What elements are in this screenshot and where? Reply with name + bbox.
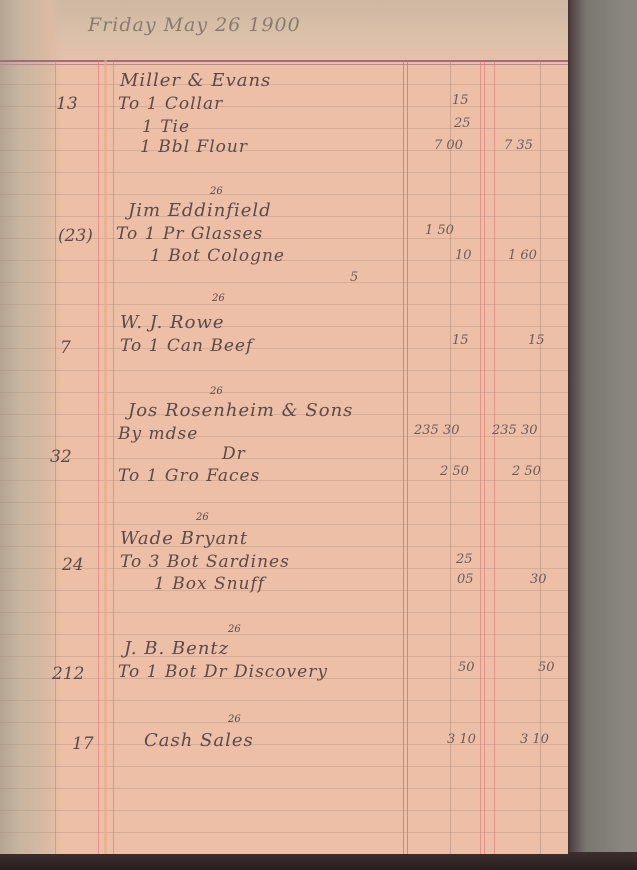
entry-amount: 25: [454, 116, 471, 131]
entry-superscript: 26: [212, 293, 225, 304]
ruled-line: [0, 480, 568, 481]
ruled-line: [0, 282, 568, 283]
ruled-line: [0, 546, 568, 547]
entry-amount: 15: [452, 333, 469, 348]
entry-amount: 25: [456, 552, 473, 567]
entry-superscript: 26: [228, 624, 241, 635]
entry-name: Miller & Evans: [120, 70, 271, 91]
entry-superscript: 26: [228, 714, 241, 725]
book-cover-edge: [566, 0, 637, 870]
entry-ref: 17: [72, 734, 94, 754]
entry-line: To 1 Can Beef: [120, 336, 253, 356]
ruled-line: [0, 172, 568, 173]
entry-amount: 05: [457, 572, 474, 587]
ruled-line: [0, 524, 568, 525]
ruled-line: [0, 370, 568, 371]
ruled-line: [0, 392, 568, 393]
entry-line: Dr: [222, 444, 246, 464]
entry-name: J. B. Bentz: [124, 638, 229, 659]
total-column-line-3: [494, 60, 495, 854]
entry-total: 7 35: [504, 138, 533, 153]
entry-superscript: 26: [210, 186, 223, 197]
ruled-line: [0, 304, 568, 305]
ruled-line: [0, 612, 568, 613]
entry-total: 15: [528, 333, 545, 348]
date-column-band: [104, 60, 107, 854]
entry-amount: 15: [452, 93, 469, 108]
entry-total: 1 60: [508, 248, 537, 263]
ruled-line: [0, 84, 568, 85]
entry-line: 1 Tie: [142, 117, 190, 137]
entry-amount: 2 50: [440, 464, 469, 479]
ruled-line: [0, 590, 568, 591]
entry-total: 50: [538, 660, 555, 675]
entry-ref: 13: [56, 94, 78, 114]
entry-ref: (23): [58, 226, 93, 246]
entry-name: Cash Sales: [144, 730, 254, 751]
entry-amount: 10: [455, 248, 472, 263]
entry-line: 1 Bot Cologne: [150, 246, 285, 266]
ruled-line: [0, 634, 568, 635]
book-bottom-edge: [0, 852, 637, 870]
ruled-line: [0, 106, 568, 107]
entry-ref: 7: [60, 338, 71, 358]
entry-line: By mdse: [118, 424, 198, 444]
page-date-header: Friday May 26 1900: [88, 14, 301, 36]
entry-name: Jos Rosenheim & Sons: [128, 400, 353, 421]
entry-line: To 1 Bot Dr Discovery: [118, 662, 328, 682]
total-column-line-1: [480, 60, 481, 854]
header-rule-secondary: [0, 64, 568, 65]
entry-amount: 235 30: [414, 423, 460, 438]
ledger-page: Friday May 26 1900 Miller & Evans 13 To …: [0, 0, 568, 854]
header-rule: [0, 60, 568, 62]
entry-amount: 50: [458, 660, 475, 675]
entry-name: Wade Bryant: [120, 528, 248, 549]
entry-ref: 32: [50, 447, 72, 467]
entry-note: 5: [350, 270, 358, 285]
entry-total: 2 50: [512, 464, 541, 479]
entry-line: To 1 Pr Glasses: [116, 224, 263, 244]
entry-name: Jim Eddinfield: [128, 200, 272, 221]
entry-amount: 1 50: [425, 223, 454, 238]
ruled-line: [0, 722, 568, 723]
ruled-line: [0, 326, 568, 327]
ruled-line: [0, 810, 568, 811]
description-left-line: [113, 60, 114, 854]
entry-total: 30: [530, 572, 547, 587]
ruled-line: [0, 128, 568, 129]
entry-amount: 7 00: [434, 138, 463, 153]
entry-line: To 1 Collar: [118, 94, 223, 114]
entry-line: To 3 Bot Sardines: [120, 552, 290, 572]
amount-column-line-1: [403, 60, 404, 854]
ruled-line: [0, 436, 568, 437]
entry-name: W. J. Rowe: [120, 312, 225, 333]
entry-ref: 212: [52, 664, 84, 684]
ruled-line: [0, 502, 568, 503]
ruled-line: [0, 766, 568, 767]
entry-total: 235 30: [492, 423, 538, 438]
entry-total: 3 10: [520, 732, 549, 747]
total-column-line-2: [484, 60, 485, 854]
entry-amount: 3 10: [447, 732, 476, 747]
ruled-line: [0, 788, 568, 789]
amount-column-line-2: [407, 60, 408, 854]
ruled-line: [0, 656, 568, 657]
entry-superscript: 26: [210, 386, 223, 397]
ruled-line: [0, 150, 568, 151]
ruled-line: [0, 348, 568, 349]
entry-line: 1 Bbl Flour: [140, 137, 248, 157]
ruled-line: [0, 216, 568, 217]
ruled-line: [0, 194, 568, 195]
entry-line: To 1 Gro Faces: [118, 466, 260, 486]
entry-line: 1 Box Snuff: [154, 574, 265, 594]
entry-ref: 24: [62, 555, 84, 575]
ruled-line: [0, 458, 568, 459]
entry-superscript: 26: [196, 512, 209, 523]
ruled-line: [0, 700, 568, 701]
ruled-line: [0, 832, 568, 833]
date-column-line: [98, 60, 99, 854]
